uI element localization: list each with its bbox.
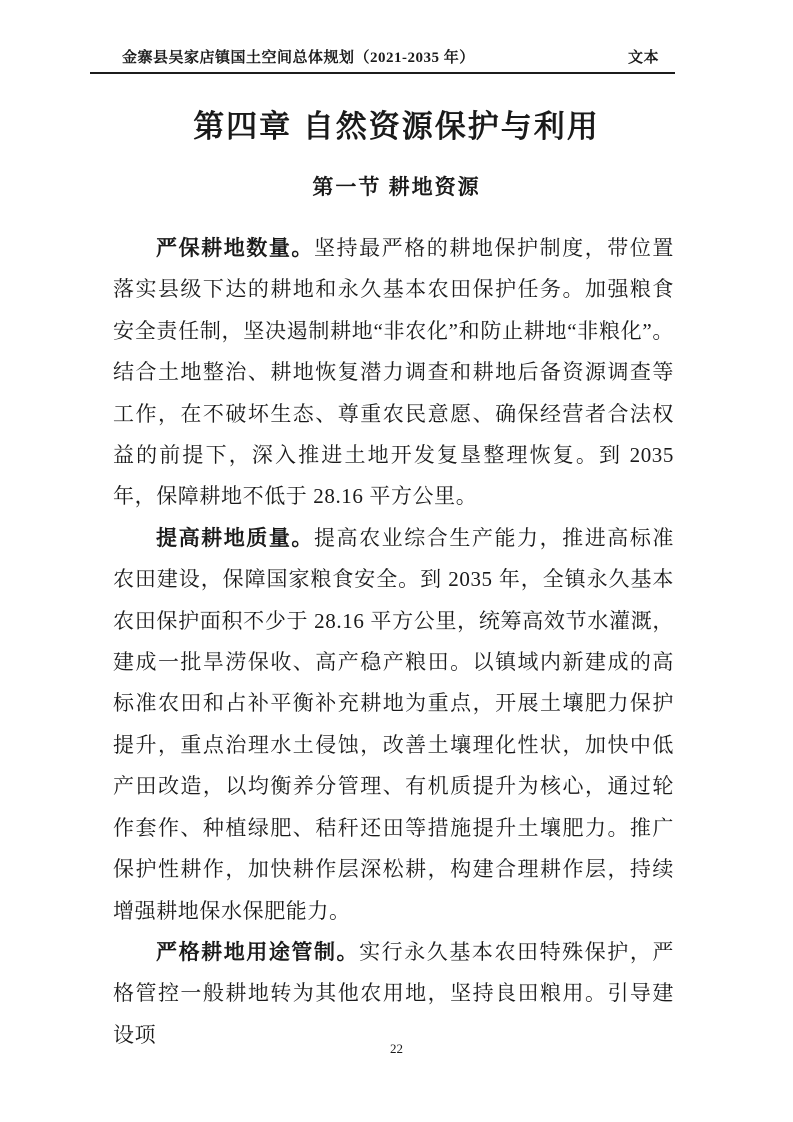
chapter-title: 第四章 自然资源保护与利用 [0,101,793,146]
page-footer: 22 [0,1041,793,1057]
section-title: 第一节 耕地资源 [0,171,793,201]
paragraph-improve-quality: 提高耕地质量。提高农业综合生产能力，推进高标准农田建设，保障国家粮食安全。到 2… [113,518,674,932]
paragraph-lead: 提高耕地质量。 [156,526,314,550]
paragraph-lead: 严保耕地数量。 [156,236,314,260]
page-number: 22 [390,1041,403,1056]
header-document-title: 金寨县吴家店镇国土空间总体规划（2021-2035 年） [122,46,475,67]
paragraph-protect-quantity: 严保耕地数量。坚持最严格的耕地保护制度，带位置落实县级下达的耕地和永久基本农田保… [113,228,674,518]
paragraph-body: 坚持最严格的耕地保护制度，带位置落实县级下达的耕地和永久基本农田保护任务。加强粮… [113,236,674,508]
paragraph-usage-control: 严格耕地用途管制。实行永久基本农田特殊保护，严格管控一般耕地转为其他农用地，坚持… [113,932,674,1056]
header-doc-type-label: 文本 [628,46,659,67]
body-text: 严保耕地数量。坚持最严格的耕地保护制度，带位置落实县级下达的耕地和永久基本农田保… [113,228,674,1056]
page-header: 金寨县吴家店镇国土空间总体规划（2021-2035 年） 文本 [90,46,675,74]
paragraph-lead: 严格耕地用途管制。 [156,940,359,964]
document-page: 金寨县吴家店镇国土空间总体规划（2021-2035 年） 文本 第四章 自然资源… [0,0,793,1122]
paragraph-body: 提高农业综合生产能力，推进高标准农田建设，保障国家粮食安全。到 2035 年，全… [113,526,674,923]
